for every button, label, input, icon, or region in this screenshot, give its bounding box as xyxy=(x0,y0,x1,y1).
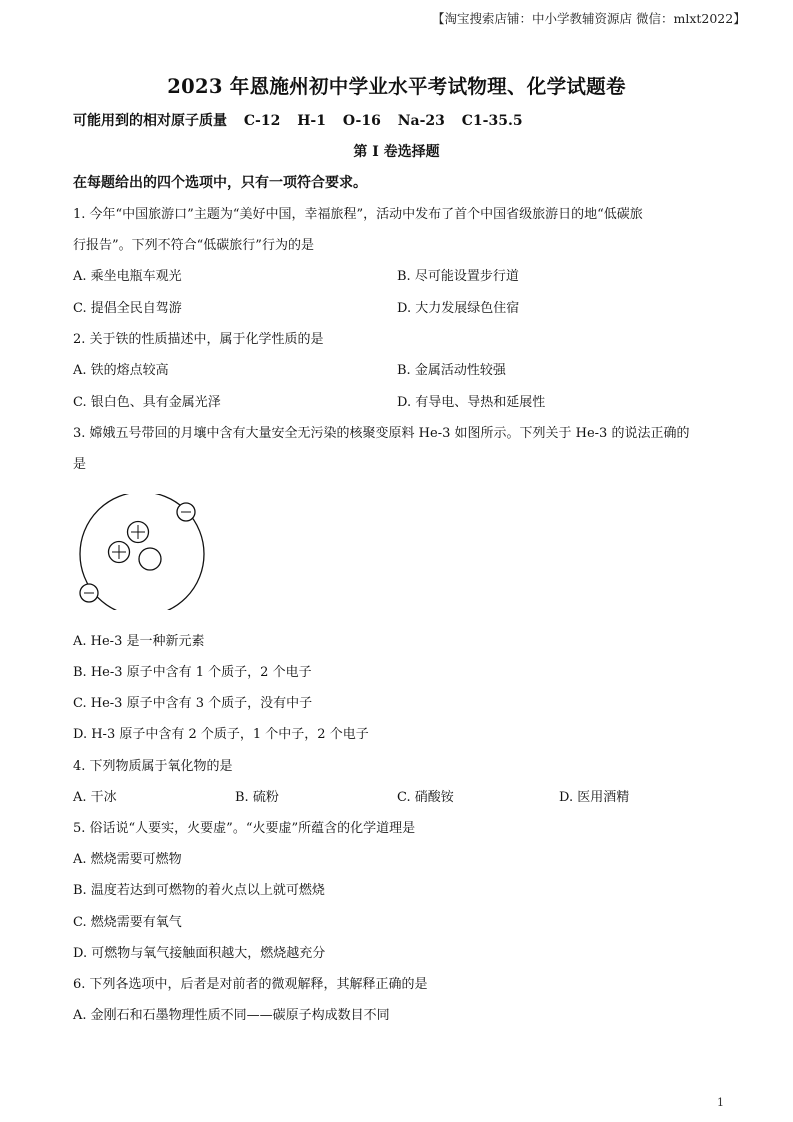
question-1-option-d: D. 大力发展绿色住宿 xyxy=(397,297,519,316)
question-3-option-b: B. He-3 原子中含有 1 个质子，2 个电子 xyxy=(73,661,312,680)
mass-item: C-12 xyxy=(244,113,280,129)
neutron-icon xyxy=(139,548,161,570)
question-2-stem: 2. 关于铁的性质描述中，属于化学性质的是 xyxy=(73,328,324,347)
he3-atom-diagram xyxy=(72,494,212,610)
question-5-option-d: D. 可燃物与氧气接触面积越大，燃烧越充分 xyxy=(73,942,325,961)
section-title: 第 I 卷选择题 xyxy=(0,141,793,161)
question-4-option-b: B. 硫粉 xyxy=(235,786,279,805)
mass-item: Na-23 xyxy=(398,113,445,129)
mass-item: C1-35.5 xyxy=(462,113,523,129)
question-3-option-a: A. He-3 是一种新元素 xyxy=(73,630,204,649)
question-5-option-a: A. 燃烧需要可燃物 xyxy=(73,848,182,867)
question-2-option-a: A. 铁的熔点较高 xyxy=(73,359,169,378)
header-note: 【淘宝搜索店铺：中小学教辅资源店 微信：mlxt2022】 xyxy=(432,9,746,27)
question-2-option-d: D. 有导电、导热和延展性 xyxy=(397,391,545,410)
question-5-option-b: B. 温度若达到可燃物的着火点以上就可燃烧 xyxy=(73,879,325,898)
question-1-option-c: C. 提倡全民自驾游 xyxy=(73,297,182,316)
question-3-stem-line2: 是 xyxy=(73,453,86,472)
mass-item: O-16 xyxy=(343,113,381,129)
question-1-option-a: A. 乘坐电瓶车观光 xyxy=(73,265,182,284)
relative-atomic-masses: 可能用到的相对原子质量 C-12 H-1 O-16 Na-23 C1-35.5 xyxy=(73,110,523,130)
page-title: 2023 年恩施州初中学业水平考试物理、化学试题卷 xyxy=(0,71,793,99)
question-1-stem-line2: 行报告”。下列不符合“低碳旅行”行为的是 xyxy=(73,234,314,253)
question-6-stem: 6. 下列各选项中，后者是对前者的微观解释，其解释正确的是 xyxy=(73,973,428,992)
electron-icon xyxy=(177,503,195,521)
proton-icon xyxy=(128,522,149,543)
instruction: 在每题给出的四个选项中，只有一项符合要求。 xyxy=(73,172,367,192)
question-2-option-c: C. 银白色、具有金属光泽 xyxy=(73,391,221,410)
question-5-option-c: C. 燃烧需要有氧气 xyxy=(73,911,182,930)
question-3-option-c: C. He-3 原子中含有 3 个质子，没有中子 xyxy=(73,692,312,711)
page-number: 1 xyxy=(717,1096,724,1109)
question-4-option-a: A. 干冰 xyxy=(73,786,117,805)
question-4-option-c: C. 硝酸铵 xyxy=(397,786,454,805)
proton-icon xyxy=(109,542,130,563)
electron-icon xyxy=(80,584,98,602)
question-1-stem-line1: 1. 今年“中国旅游口”主题为“美好中国，幸福旅程”，活动中发布了首个中国省级旅… xyxy=(73,203,643,222)
question-6-option-a: A. 金刚石和石墨物理性质不同——碳原子构成数目不同 xyxy=(73,1004,390,1023)
question-4-option-d: D. 医用酒精 xyxy=(559,786,629,805)
mass-item: H-1 xyxy=(297,113,326,129)
masses-label: 可能用到的相对原子质量 xyxy=(73,113,227,129)
question-3-stem-line1: 3. 嫦娥五号带回的月壤中含有大量安全无污染的核聚变原料 He-3 如图所示。下… xyxy=(73,422,689,441)
question-2-option-b: B. 金属活动性较强 xyxy=(397,359,506,378)
question-5-stem: 5. 俗话说“人要实，火要虚”。“火要虚”所蕴含的化学道理是 xyxy=(73,817,415,836)
question-1-option-b: B. 尽可能设置步行道 xyxy=(397,265,519,284)
question-3-option-d: D. H-3 原子中含有 2 个质子，1 个中子，2 个电子 xyxy=(73,723,369,742)
question-4-stem: 4. 下列物质属于氧化物的是 xyxy=(73,755,233,774)
